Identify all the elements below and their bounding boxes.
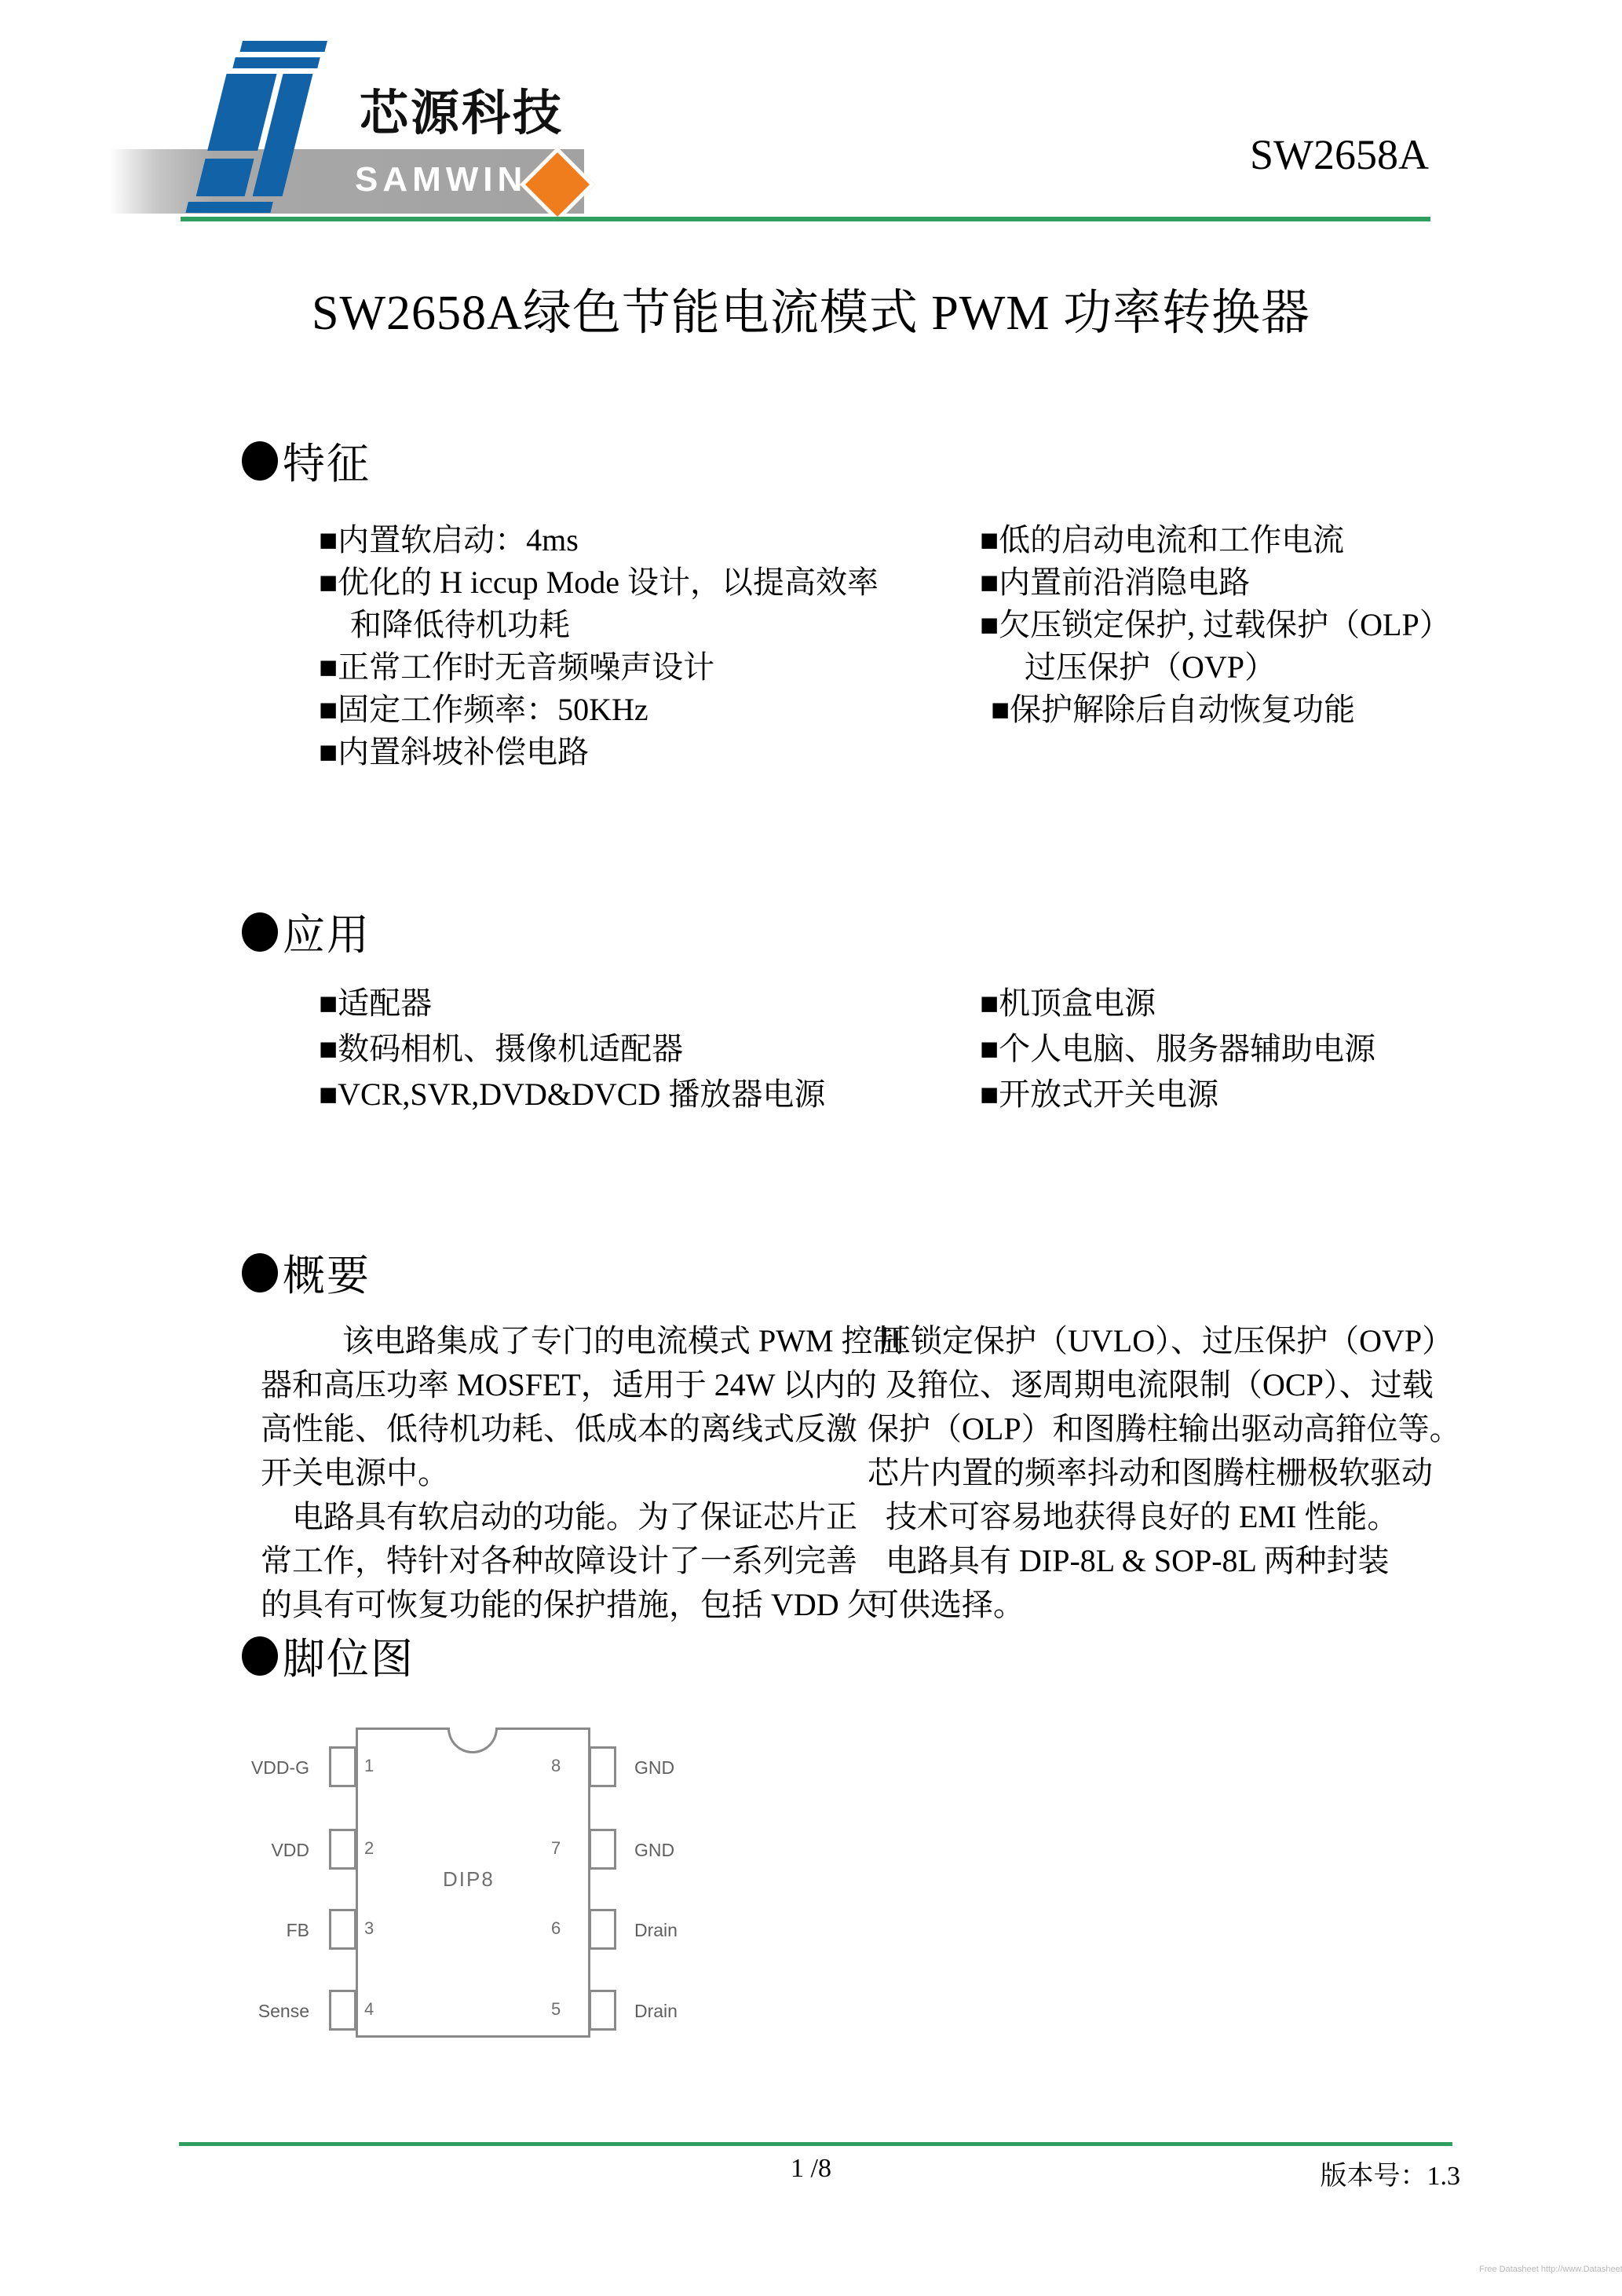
- feature-item: ■低的启动电流和工作电流: [980, 515, 1344, 560]
- section-title: 特征: [283, 430, 371, 491]
- pin-5-lead: [589, 1990, 616, 2031]
- overview-text-line: 的具有可恢复功能的保护措施，包括 VDD 欠: [261, 1580, 879, 1625]
- brand-wordmark: SAMWIN: [355, 160, 527, 199]
- overview-text-line: 开关电源中。: [261, 1448, 449, 1493]
- application-item: ■开放式开关电源: [980, 1069, 1218, 1114]
- overview-text-line: 技术可容易地获得良好的 EMI 性能。: [886, 1492, 1398, 1537]
- overview-text-line: 压锁定保护（UVLO）、过压保护（OVP）: [879, 1316, 1453, 1361]
- pin-name: VDD-G: [218, 1757, 309, 1779]
- feature-item: ■内置前沿消隐电路: [980, 558, 1250, 602]
- datasheet-page: 芯源科技 SAMWIN SW2658A SW2658A绿色节能电流模式 PWM …: [0, 0, 1622, 2296]
- section-title: 脚位图: [283, 1625, 415, 1686]
- company-name: 芯源科技: [360, 74, 564, 144]
- pin-3-lead: [329, 1909, 356, 1950]
- section-bullet-icon: [242, 1253, 278, 1292]
- page-number: 1 /8: [732, 2154, 890, 2184]
- pin-number: 4: [364, 1999, 374, 2020]
- pin-4-lead: [329, 1990, 356, 2031]
- logo-block: [196, 159, 254, 196]
- header-part-number: SW2658A: [1178, 130, 1429, 179]
- feature-item: ■保护解除后自动恢复功能: [991, 685, 1355, 729]
- overview-text-line: 及箝位、逐周期电流限制（OCP）、过载: [886, 1360, 1434, 1405]
- section-bullet-icon: [242, 1636, 278, 1676]
- pin-name: Sense: [218, 2001, 309, 2022]
- pin-2-lead: [329, 1829, 356, 1870]
- overview-text-line: 高性能、低待机功耗、低成本的离线式反激: [261, 1404, 857, 1449]
- pin-name: Drain: [634, 2001, 678, 2022]
- pin-6-lead: [589, 1909, 616, 1950]
- logo-slab: [207, 74, 276, 151]
- application-item: ■VCR,SVR,DVD&DVCD 播放器电源: [319, 1069, 825, 1114]
- feature-item: ■内置斜坡补偿电路: [319, 727, 589, 772]
- feature-item: ■欠压锁定保护, 过载保护（OLP）: [980, 600, 1451, 645]
- pin-1-lead: [329, 1746, 356, 1787]
- section-heading-applications: 应用: [242, 901, 371, 962]
- package-label: DIP8: [443, 1867, 495, 1892]
- section-heading-features: 特征: [242, 430, 371, 491]
- watermark-text: Free Datasheet http://www.Datasheet4U.co…: [1479, 2265, 1622, 2274]
- pin-name: FB: [218, 1920, 309, 1941]
- overview-text-line: 常工作，特针对各种故障设计了一系列完善: [261, 1536, 857, 1581]
- overview-text-line: 芯片内置的频率抖动和图腾柱栅极软驱动: [868, 1448, 1433, 1493]
- pin-number: 3: [364, 1918, 374, 1939]
- document-title: SW2658A绿色节能电流模式 PWM 功率转换器: [0, 273, 1622, 343]
- overview-text-line: 器和高压功率 MOSFET，适用于 24W 以内的: [261, 1360, 877, 1405]
- feature-item-continuation: 和降低待机功耗: [350, 600, 570, 645]
- application-item: ■机顶盒电源: [980, 978, 1156, 1023]
- logo-bar: [232, 57, 320, 68]
- header-rule: [181, 217, 1430, 221]
- logo-bar: [185, 202, 272, 213]
- application-item: ■个人电脑、服务器辅助电源: [980, 1024, 1375, 1069]
- feature-item: ■内置软启动：4ms: [319, 515, 579, 560]
- pin-number: 2: [364, 1838, 374, 1859]
- version-number: 版本号：1.3: [1209, 2154, 1460, 2192]
- pin-name: VDD: [218, 1840, 309, 1861]
- overview-text-line: 电路具有软启动的功能。为了保证芯片正: [292, 1492, 857, 1537]
- pin-name: GND: [634, 1840, 674, 1861]
- feature-item: ■固定工作频率：50KHz: [319, 685, 648, 729]
- section-heading-overview: 概要: [242, 1242, 371, 1303]
- pin-number: 8: [551, 1756, 561, 1776]
- footer-rule: [179, 2142, 1452, 2146]
- application-item: ■数码相机、摄像机适配器: [319, 1024, 683, 1069]
- feature-item-continuation: 过压保护（OVP）: [1025, 642, 1276, 687]
- overview-text-line: 保护（OLP）和图腾柱输出驱动高箝位等。: [868, 1404, 1461, 1449]
- pin-number: 1: [364, 1756, 374, 1776]
- pin-name: GND: [634, 1757, 674, 1779]
- samwin-logo-icon: [184, 41, 330, 215]
- feature-item: ■优化的 H iccup Mode 设计，以提高效率: [319, 558, 879, 602]
- logo-bar: [240, 41, 327, 52]
- overview-text-line: 该电路集成了专门的电流模式 PWM 控制: [342, 1316, 904, 1361]
- section-bullet-icon: [242, 912, 278, 952]
- pin-name: Drain: [634, 1920, 678, 1941]
- pin-number: 5: [551, 1999, 561, 2020]
- overview-text-line: 可供选择。: [868, 1580, 1025, 1625]
- application-item: ■适配器: [319, 978, 432, 1023]
- feature-item: ■正常工作时无音频噪声设计: [319, 642, 714, 687]
- section-title: 应用: [283, 901, 371, 962]
- pin-number: 7: [551, 1838, 561, 1859]
- pin-number: 6: [551, 1918, 561, 1939]
- pin-7-lead: [589, 1829, 616, 1870]
- section-title: 概要: [283, 1242, 371, 1303]
- section-bullet-icon: [242, 441, 278, 481]
- section-heading-pinout: 脚位图: [242, 1625, 415, 1686]
- pin-8-lead: [589, 1746, 616, 1787]
- overview-text-line: 电路具有 DIP-8L & SOP-8L 两种封装: [886, 1536, 1389, 1581]
